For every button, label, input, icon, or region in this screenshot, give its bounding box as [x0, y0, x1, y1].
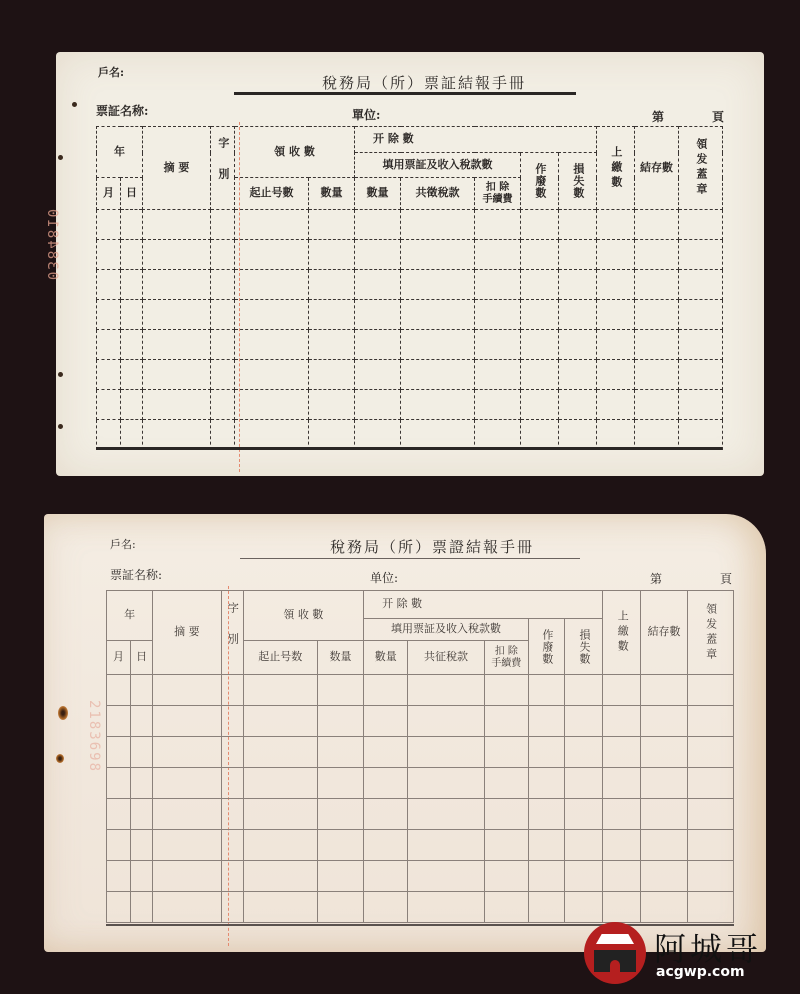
header-month: 月 [97, 178, 121, 210]
header-month: 月 [107, 641, 131, 675]
page-suffix: 頁 [712, 108, 724, 125]
ledger-rows-bottom [107, 675, 734, 923]
header-total-tax: 共徵稅款 [401, 178, 475, 210]
table-row [97, 300, 723, 330]
page-prefix: 第 [650, 570, 662, 587]
ticket-name-label: 票証名称: [96, 102, 148, 119]
header-fee-deduct: 扣 除 手續費 [484, 641, 528, 675]
rust-stain [58, 706, 68, 720]
rust-stain [56, 754, 64, 763]
form-title: 稅務局（所）票證結報手冊 [330, 536, 534, 557]
header-fee-deduct: 扣 除 手續費 [475, 178, 521, 210]
palace-roof-icon [596, 934, 634, 944]
palace-gate-icon [610, 960, 620, 972]
page-suffix: 頁 [720, 570, 732, 587]
header-lost: 損失數 [559, 153, 597, 210]
table-row [107, 892, 734, 923]
table-row [97, 360, 723, 390]
table-row [107, 737, 734, 768]
title-underline [240, 558, 580, 559]
serial-number: 2183698 [86, 700, 102, 773]
table-row [107, 830, 734, 861]
header-received: 領 收 數 [235, 127, 355, 178]
table-bottom-rule [96, 447, 722, 450]
header-deductions: 开 除 數 [364, 591, 603, 619]
header-total-tax: 共征稅款 [408, 641, 484, 675]
punch-hole [58, 372, 63, 377]
header-filled-used: 填用票証及收入稅款數 [364, 619, 529, 641]
ledger-form-bottom: 戶名: 稅務局（所）票證結報手冊 票証名称: 单位: 第 頁 2183698 年… [44, 514, 766, 952]
header-year: 年 [107, 591, 153, 641]
header-issuer-seal: 領发蓋章 [679, 127, 723, 210]
header-summary: 摘 要 [153, 591, 221, 675]
serial-number: 0384810 [44, 207, 60, 280]
ledger-table: 年 摘 要 字別 領 收 數 开 除 數 上繳數 結存數 領发蓋章 填用票証及收… [96, 126, 723, 450]
ledger-table: 年 摘 要 字別 領 收 數 开 除 數 上繳數 結存數 領发蓋章 填用票証及收… [106, 590, 734, 923]
table-row [107, 706, 734, 737]
header-voided: 作廢數 [528, 619, 564, 675]
header-voided: 作廢數 [521, 153, 559, 210]
form-title: 稅務局（所）票証結報手冊 [322, 72, 526, 93]
table-row [97, 330, 723, 360]
header-category: 字別 [221, 591, 243, 675]
header-day: 日 [121, 178, 143, 210]
table-row [107, 768, 734, 799]
header-deductions: 开 除 數 [355, 127, 597, 153]
unit-label: 单位: [370, 569, 398, 586]
table-row [107, 675, 734, 706]
header-category: 字別 [211, 127, 235, 210]
header-balance: 結存數 [635, 127, 679, 210]
header-filled-used: 填用票証及收入稅款數 [355, 153, 521, 178]
header-balance: 結存數 [641, 591, 687, 675]
header-day: 日 [131, 641, 153, 675]
table-row [97, 420, 723, 450]
household-label: 戶名: [98, 64, 124, 80]
table-row [107, 799, 734, 830]
header-quantity: 數量 [309, 178, 355, 210]
header-start-end-numbers: 起止号数 [243, 641, 317, 675]
header-received: 領 收 數 [243, 591, 364, 641]
header-year: 年 [97, 127, 143, 178]
header-submitted: 上繳數 [597, 127, 635, 210]
header-summary: 摘 要 [143, 127, 211, 210]
header-issuer-seal: 領发蓋章 [687, 591, 733, 675]
punch-hole [58, 155, 63, 160]
header-start-end-numbers: 起止号數 [235, 178, 309, 210]
table-row [97, 390, 723, 420]
punch-hole [58, 424, 63, 429]
punch-hole [72, 102, 77, 107]
header-filled-quantity: 數量 [364, 641, 408, 675]
brand-url: acgwp.com [656, 964, 745, 980]
table-row [97, 240, 723, 270]
table-row [97, 270, 723, 300]
household-label: 戶名: [110, 536, 136, 552]
table-row [107, 861, 734, 892]
header-filled-quantity: 數量 [355, 178, 401, 210]
table-row [97, 210, 723, 240]
ledger-rows-top [97, 210, 723, 450]
header-lost: 損失數 [565, 619, 603, 675]
page-prefix: 第 [652, 108, 664, 125]
watermark-logo: 阿城哥 acgwp.com [584, 920, 800, 994]
title-underline [234, 92, 576, 95]
ledger-form-top: 戶名: 稅務局（所）票証結報手冊 票証名称: 單位: 第 頁 0384810 年… [56, 52, 764, 476]
header-quantity: 数量 [317, 641, 363, 675]
ticket-name-label: 票証名称: [110, 566, 162, 583]
header-submitted: 上繳數 [603, 591, 641, 675]
unit-label: 單位: [352, 106, 380, 123]
